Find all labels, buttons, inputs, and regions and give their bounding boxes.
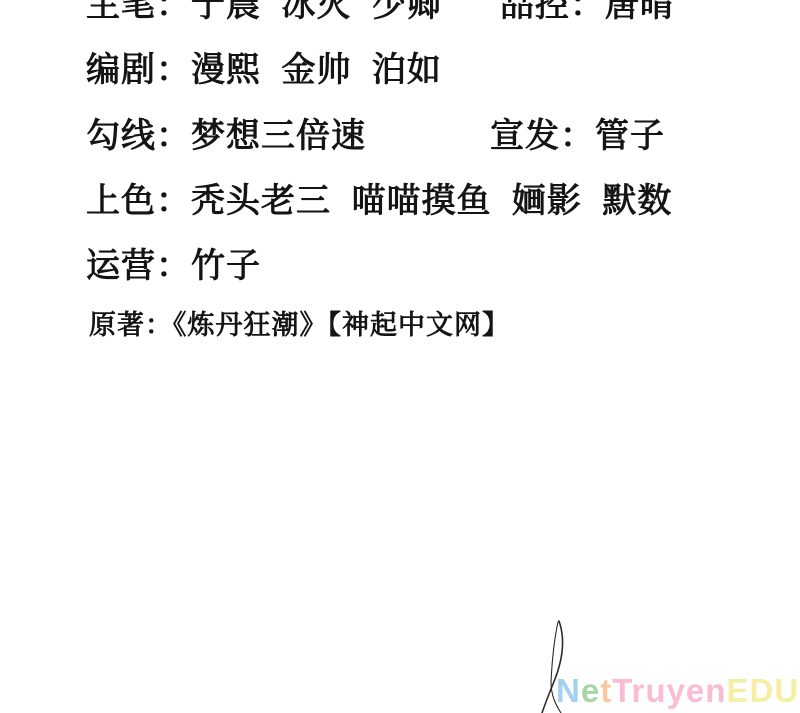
watermark-letter: E [726,672,749,709]
credit-original-work-line: 原著：《炼丹狂潮》【神起中文网】 [89,309,510,341]
watermark-letter: t [600,672,612,709]
watermark-letter: n [705,672,726,709]
watermark-letter: u [645,672,666,709]
watermark: NetTruyenEDU [556,671,799,711]
watermark-letter: e [581,672,600,709]
credit-screenwriter-line: 编剧：漫熙 金帅 泊如 [86,51,442,89]
credit-operations-line: 运营：竹子 [86,247,261,285]
watermark-letter: D [749,672,774,709]
credit-coloring-line: 上色：秃头老三 喵喵摸鱼 婳影 默数 [86,182,672,220]
credit-publicity-line: 宣发：管子 [490,117,665,155]
comic-credits-page: 主笔：于晨 冰火 少卿 品控：唐晴 编剧：漫熙 金帅 泊如 勾线：梦想三倍速 宣… [0,0,800,713]
watermark-letter: U [774,672,799,709]
credit-quality-control-line: 品控：唐晴 [500,0,675,24]
watermark-letter: N [556,672,581,709]
credit-artist-line: 主笔：于晨 冰火 少卿 [86,0,442,24]
watermark-letter: y [667,672,686,709]
watermark-letter: e [686,672,705,709]
watermark-letter: T [612,672,631,709]
credit-lineart-line: 勾线：梦想三倍速 [86,117,366,155]
watermark-letter: r [632,672,646,709]
